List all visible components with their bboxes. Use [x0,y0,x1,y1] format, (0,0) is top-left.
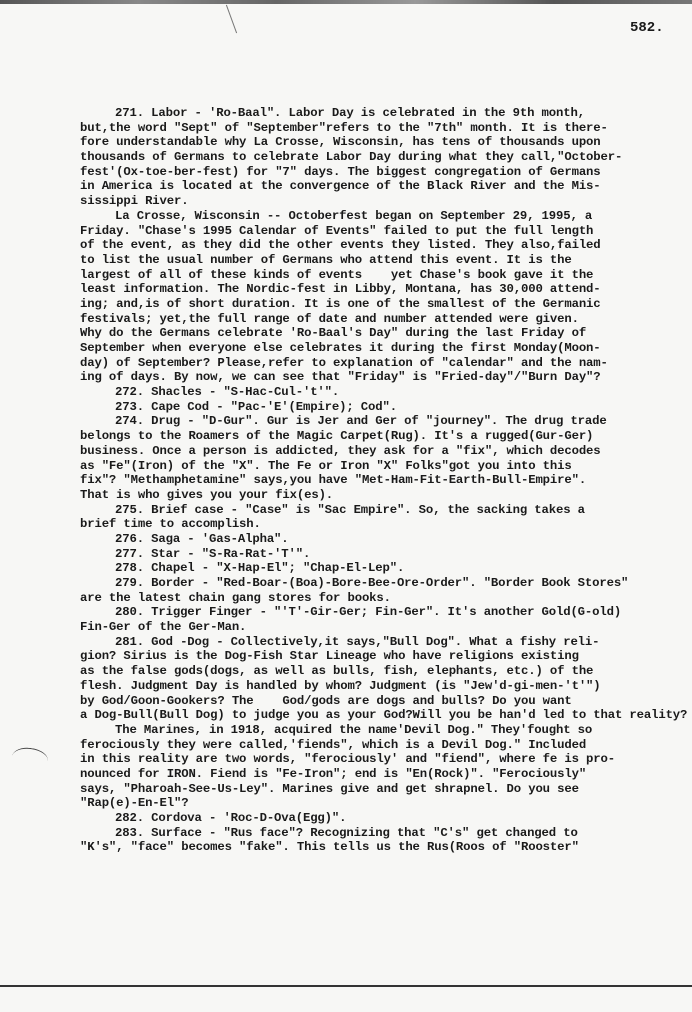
text-line: 278. Chapel - "X-Hap-El"; "Chap-El-Lep". [80,561,692,576]
text-line: belongs to the Roamers of the Magic Carp… [80,429,692,444]
text-line: brief time to accomplish. [80,517,692,532]
text-line: a Dog-Bull(Bull Dog) to judge you as you… [80,708,692,723]
text-line: but,the word "Sept" of "September"refers… [80,121,692,136]
scan-edge-top [0,0,692,4]
text-line: business. Once a person is addicted, the… [80,444,692,459]
text-line: gion? Sirius is the Dog-Fish Star Lineag… [80,649,692,664]
text-line: Friday. "Chase's 1995 Calendar of Events… [80,224,692,239]
text-line: 283. Surface - "Rus face"? Recognizing t… [80,826,692,841]
text-line: Why do the Germans celebrate 'Ro-Baal's … [80,326,692,341]
text-line: That is who gives you your fix(es). [80,488,692,503]
text-line: 280. Trigger Finger - "'T'-Gir-Ger; Fin-… [80,605,692,620]
text-line: in America is located at the convergence… [80,179,692,194]
text-line: "Rap(e)-En-El"? [80,796,692,811]
text-line: of the event, as they did the other even… [80,238,692,253]
text-line: nounced for IRON. Fiend is "Fe-Iron"; en… [80,767,692,782]
text-line: as "Fe"(Iron) of the "X". The Fe or Iron… [80,459,692,474]
text-line: says, "Pharoah-See-Us-Ley". Marines give… [80,782,692,797]
text-line: 281. God -Dog - Collectively,it says,"Bu… [80,635,692,650]
text-line: 276. Saga - 'Gas-Alpha". [80,532,692,547]
text-line: festivals; yet,the full range of date an… [80,312,692,327]
text-line: fix"? "Methamphetamine" says,you have "M… [80,473,692,488]
text-line: The Marines, in 1918, acquired the name'… [80,723,692,738]
text-line: thousands of Germans to celebrate Labor … [80,150,692,165]
margin-pen-mark [11,746,50,772]
document-body: 271. Labor - 'Ro-Baal". Labor Day is cel… [80,106,692,855]
page-bottom-rule [0,985,692,987]
text-line: sissippi River. [80,194,692,209]
text-line: ing; and,is of short duration. It is one… [80,297,692,312]
page-number: 582. [630,20,664,36]
scan-artifact-mark [226,5,237,34]
text-line: fest'(Ox-toe-ber-fest) for "7" days. The… [80,165,692,180]
text-line: as the false gods(dogs, as well as bulls… [80,664,692,679]
text-line: largest of all of these kinds of events … [80,268,692,283]
text-line: La Crosse, Wisconsin -- Octoberfest bega… [80,209,692,224]
text-line: Fin-Ger of the Ger-Man. [80,620,692,635]
text-line: least information. The Nordic-fest in Li… [80,282,692,297]
text-line: 272. Shacles - "S-Hac-Cul-'t'". [80,385,692,400]
text-line: flesh. Judgment Day is handled by whom? … [80,679,692,694]
text-line: September when everyone else celebrates … [80,341,692,356]
text-line: ing of days. By now, we can see that "Fr… [80,370,692,385]
text-line: 273. Cape Cod - "Pac-'E'(Empire); Cod". [80,400,692,415]
text-line: 279. Border - "Red-Boar-(Boa)-Bore-Bee-O… [80,576,692,591]
text-line: are the latest chain gang stores for boo… [80,591,692,606]
text-line: ferociously they were called,'fiends", w… [80,738,692,753]
text-line: 274. Drug - "D-Gur". Gur is Jer and Ger … [80,414,692,429]
text-line: 282. Cordova - 'Roc-D-Ova(Egg)". [80,811,692,826]
text-line: by God/Goon-Gookers? The God/gods are do… [80,694,692,709]
text-line: in this reality are two words, "ferociou… [80,752,692,767]
text-line: 277. Star - "S-Ra-Rat-'T'". [80,547,692,562]
text-line: 275. Brief case - "Case" is "Sac Empire"… [80,503,692,518]
text-line: day) of September? Please,refer to expla… [80,356,692,371]
text-line: fore understandable why La Crosse, Wisco… [80,135,692,150]
text-line: 271. Labor - 'Ro-Baal". Labor Day is cel… [80,106,692,121]
text-line: "K's", "face" becomes "fake". This tells… [80,840,692,855]
text-line: to list the usual number of Germans who … [80,253,692,268]
